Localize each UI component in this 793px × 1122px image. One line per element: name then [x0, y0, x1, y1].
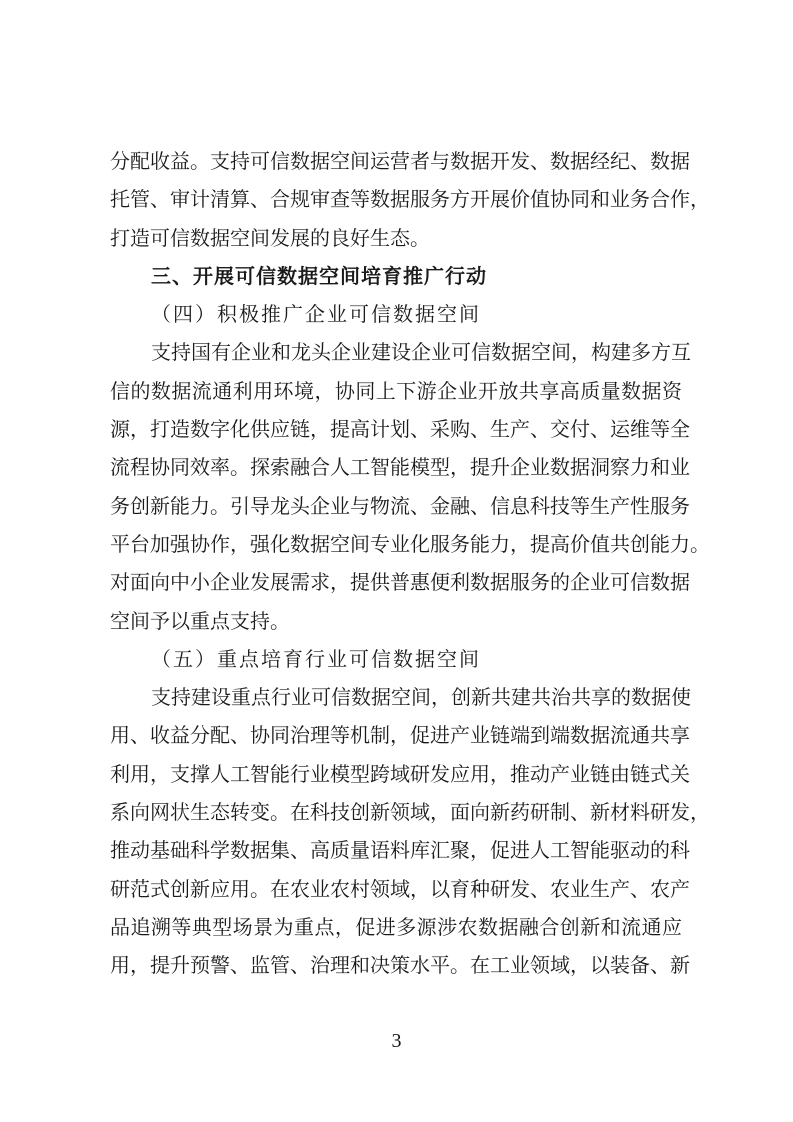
text-line: 源，打造数字化供应链，提高计划、采购、生产、交付、运维等全: [110, 410, 682, 448]
page-number: 3: [0, 1030, 793, 1053]
text-line: 平台加强协作，强化数据空间专业化服务能力，提高价值共创能力。: [110, 525, 682, 563]
text-line: 空间予以重点支持。: [110, 602, 682, 640]
text-line: 支持建设重点行业可信数据空间，创新共建共治共享的数据使: [110, 678, 682, 716]
text-line: 分配收益。支持可信数据空间运营者与数据开发、数据经纪、数据: [110, 142, 682, 180]
text-line: 托管、审计清算、合规审查等数据服务方开展价值协同和业务合作，: [110, 180, 682, 218]
subsection-heading: （四）积极推广企业可信数据空间: [110, 295, 682, 333]
text-line: 用，提升预警、监管、治理和决策水平。在工业领域，以装备、新: [110, 946, 682, 984]
text-line: 研范式创新应用。在农业农村领域，以育种研发、农业生产、农产: [110, 870, 682, 908]
text-line: 支持国有企业和龙头企业建设企业可信数据空间，构建多方互: [110, 333, 682, 371]
text-line: 推动基础科学数据集、高质量语料库汇聚，促进人工智能驱动的科: [110, 831, 682, 869]
document-page: 分配收益。支持可信数据空间运营者与数据开发、数据经纪、数据 托管、审计清算、合规…: [110, 142, 682, 985]
text-line: 信的数据流通利用环境，协同上下游企业开放共享高质量数据资: [110, 372, 682, 410]
text-line: 品追溯等典型场景为重点，促进多源涉农数据融合创新和流通应: [110, 908, 682, 946]
paragraph: 支持建设重点行业可信数据空间，创新共建共治共享的数据使 用、收益分配、协同治理等…: [110, 678, 682, 984]
subsection-heading: （五）重点培育行业可信数据空间: [110, 640, 682, 678]
text-line: 对面向中小企业发展需求，提供普惠便利数据服务的企业可信数据: [110, 563, 682, 601]
section-heading: 三、开展可信数据空间培育推广行动: [110, 257, 682, 295]
text-line: 打造可信数据空间发展的良好生态。: [110, 219, 682, 257]
paragraph: 支持国有企业和龙头企业建设企业可信数据空间，构建多方互 信的数据流通利用环境，协…: [110, 333, 682, 639]
text-line: 务创新能力。引导龙头企业与物流、金融、信息科技等生产性服务: [110, 487, 682, 525]
text-line: 用、收益分配、协同治理等机制，促进产业链端到端数据流通共享: [110, 716, 682, 754]
text-line: 流程协同效率。探索融合人工智能模型，提升企业数据洞察力和业: [110, 448, 682, 486]
text-line: 系向网状生态转变。在科技创新领域，面向新药研制、新材料研发，: [110, 793, 682, 831]
paragraph-continuation: 分配收益。支持可信数据空间运营者与数据开发、数据经纪、数据 托管、审计清算、合规…: [110, 142, 682, 257]
text-line: 利用，支撑人工智能行业模型跨域研发应用，推动产业链由链式关: [110, 755, 682, 793]
